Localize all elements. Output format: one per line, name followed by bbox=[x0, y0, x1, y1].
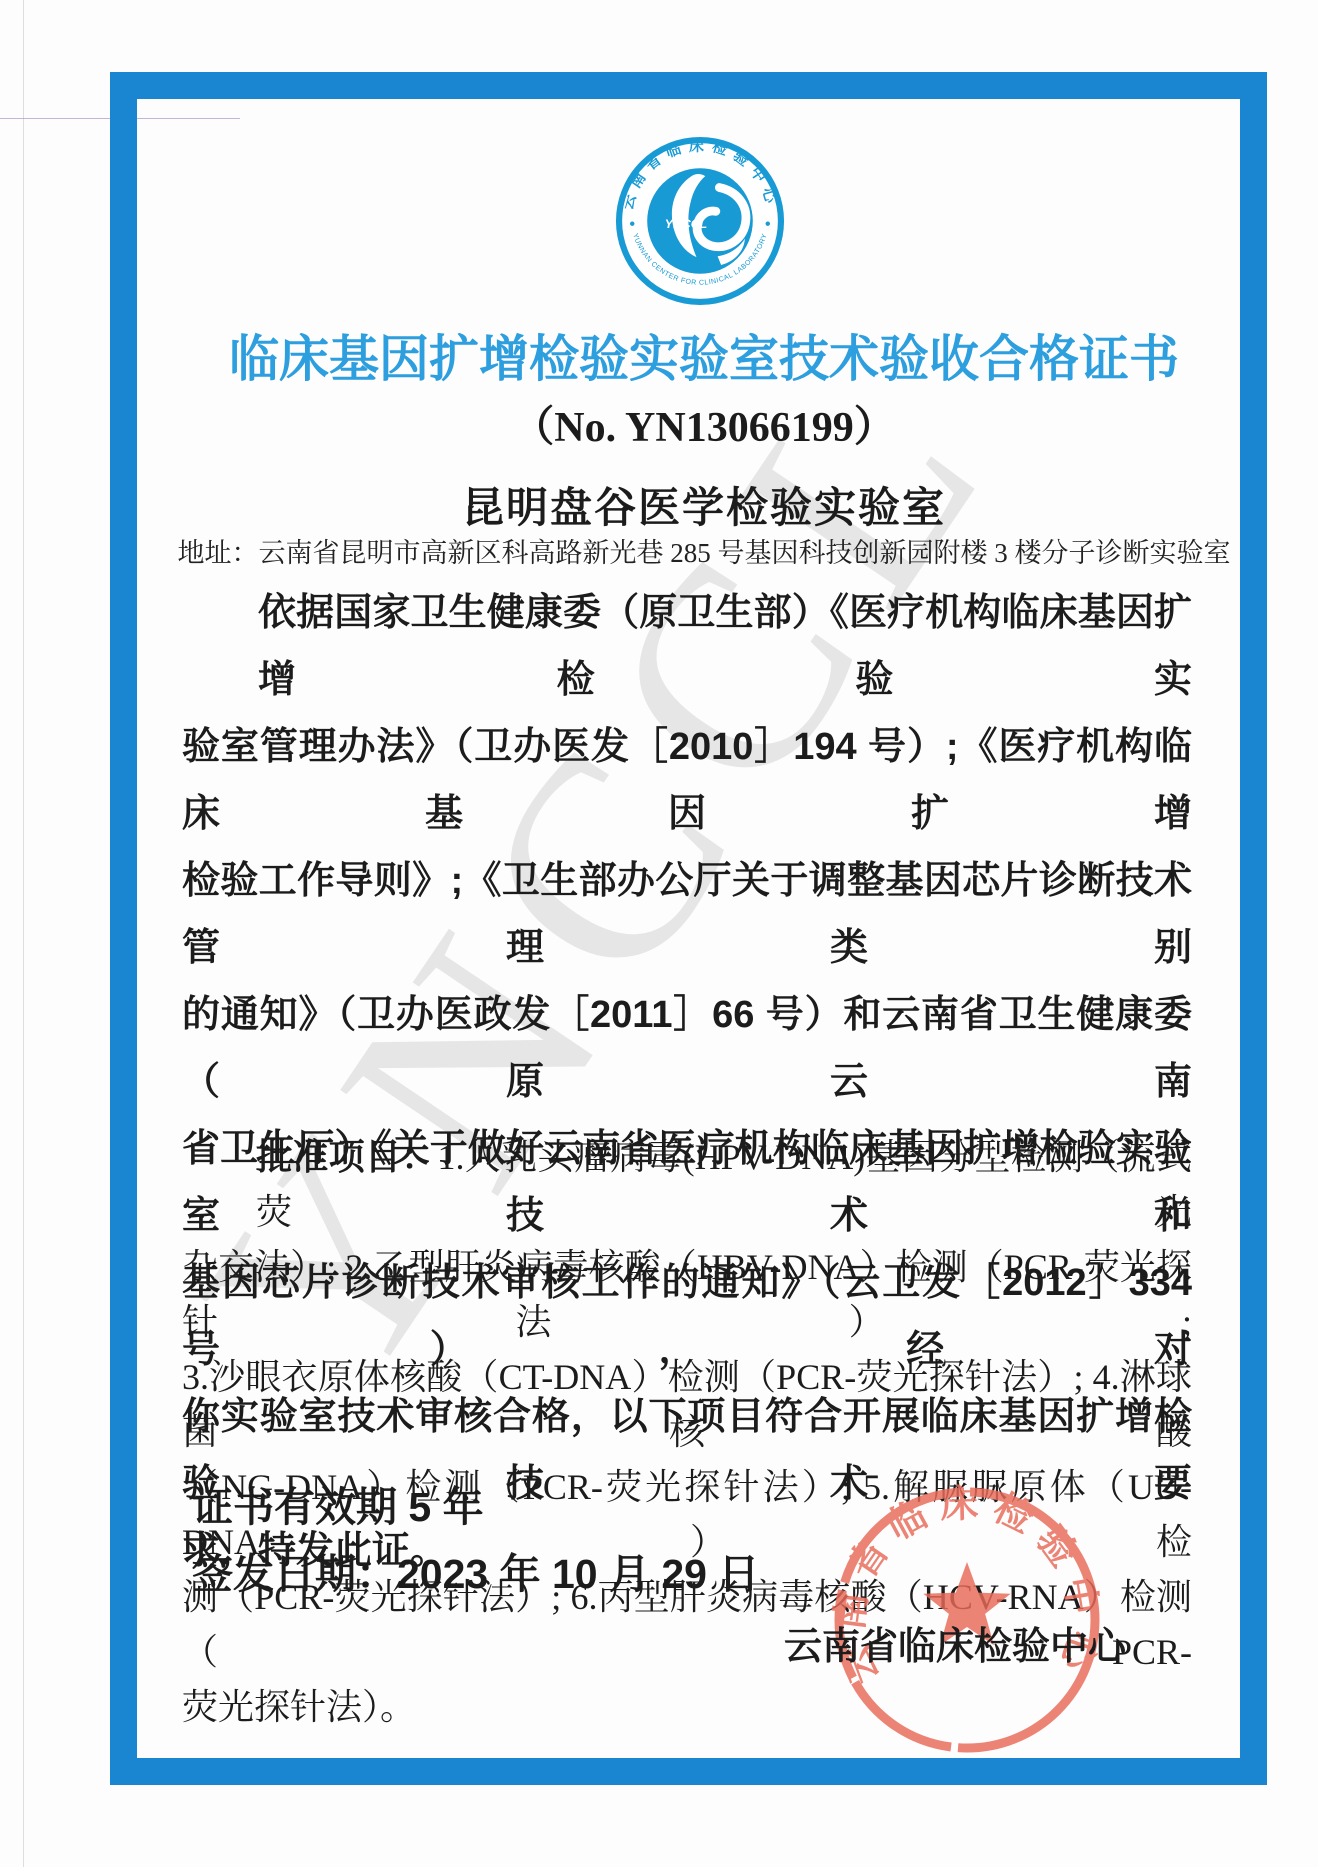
issuer-name: 云南省临床检验中心 bbox=[775, 1623, 1135, 1671]
body-line: 依据国家卫生健康委（原卫生部）《医疗机构临床基因扩增检验实 bbox=[182, 580, 1192, 714]
logo-side-dot-right bbox=[766, 221, 770, 225]
body-line: 检验工作导则》;《卫生部办公厅关于调整基因芯片诊断技术管理类别 bbox=[182, 848, 1192, 982]
laboratory-name: 昆明盘谷医学检验实验室 bbox=[140, 482, 1268, 534]
official-seal-stamp: 云南省临床检验中心 bbox=[827, 1480, 1107, 1760]
validity-period: 证书有效期 5 年 bbox=[192, 1482, 484, 1532]
laboratory-address: 地址：云南省昆明市高新区科高路新光巷 285 号基因科技创新园附楼 3 楼分子诊… bbox=[140, 536, 1268, 570]
logo-side-dot-left bbox=[630, 221, 634, 225]
items-line: 批准项目：1.人乳头瘤病毒(HPV-DNA)基因分型检测（流式荧光 bbox=[182, 1130, 1192, 1240]
certificate-page: YNCCL 云南省临床检验中心 YUNNAN CENTER FOR CLINIC… bbox=[0, 0, 1318, 1867]
certificate-number: （No. YN13066199） bbox=[140, 402, 1268, 454]
logo-acronym: YNCCL bbox=[665, 217, 707, 231]
items-line: 杂交法）; 2.乙型肝炎病毒核酸（HBV-DNA）检测（PCR-荧光探针法）; bbox=[182, 1240, 1192, 1350]
certificate-title: 临床基因扩增检验实验室技术验收合格证书 bbox=[140, 328, 1268, 390]
body-line: 验室管理办法》（卫办医发［2010］194 号）;《医疗机构临床基因扩增 bbox=[182, 714, 1192, 848]
body-line: 的通知》（卫办医政发［2011］66 号）和云南省卫生健康委（原云南 bbox=[182, 982, 1192, 1116]
ynccl-logo-icon: 云南省临床检验中心 YUNNAN CENTER FOR CLINICAL LAB… bbox=[612, 133, 788, 309]
issue-date: 签发日期：2023 年 10 月 29 日 bbox=[192, 1549, 759, 1599]
items-line: 3.沙眼衣原体核酸（CT-DNA）检测（PCR-荧光探针法）; 4.淋球菌核酸 bbox=[182, 1350, 1192, 1460]
approved-items-label: 批准项目： bbox=[256, 1137, 438, 1177]
